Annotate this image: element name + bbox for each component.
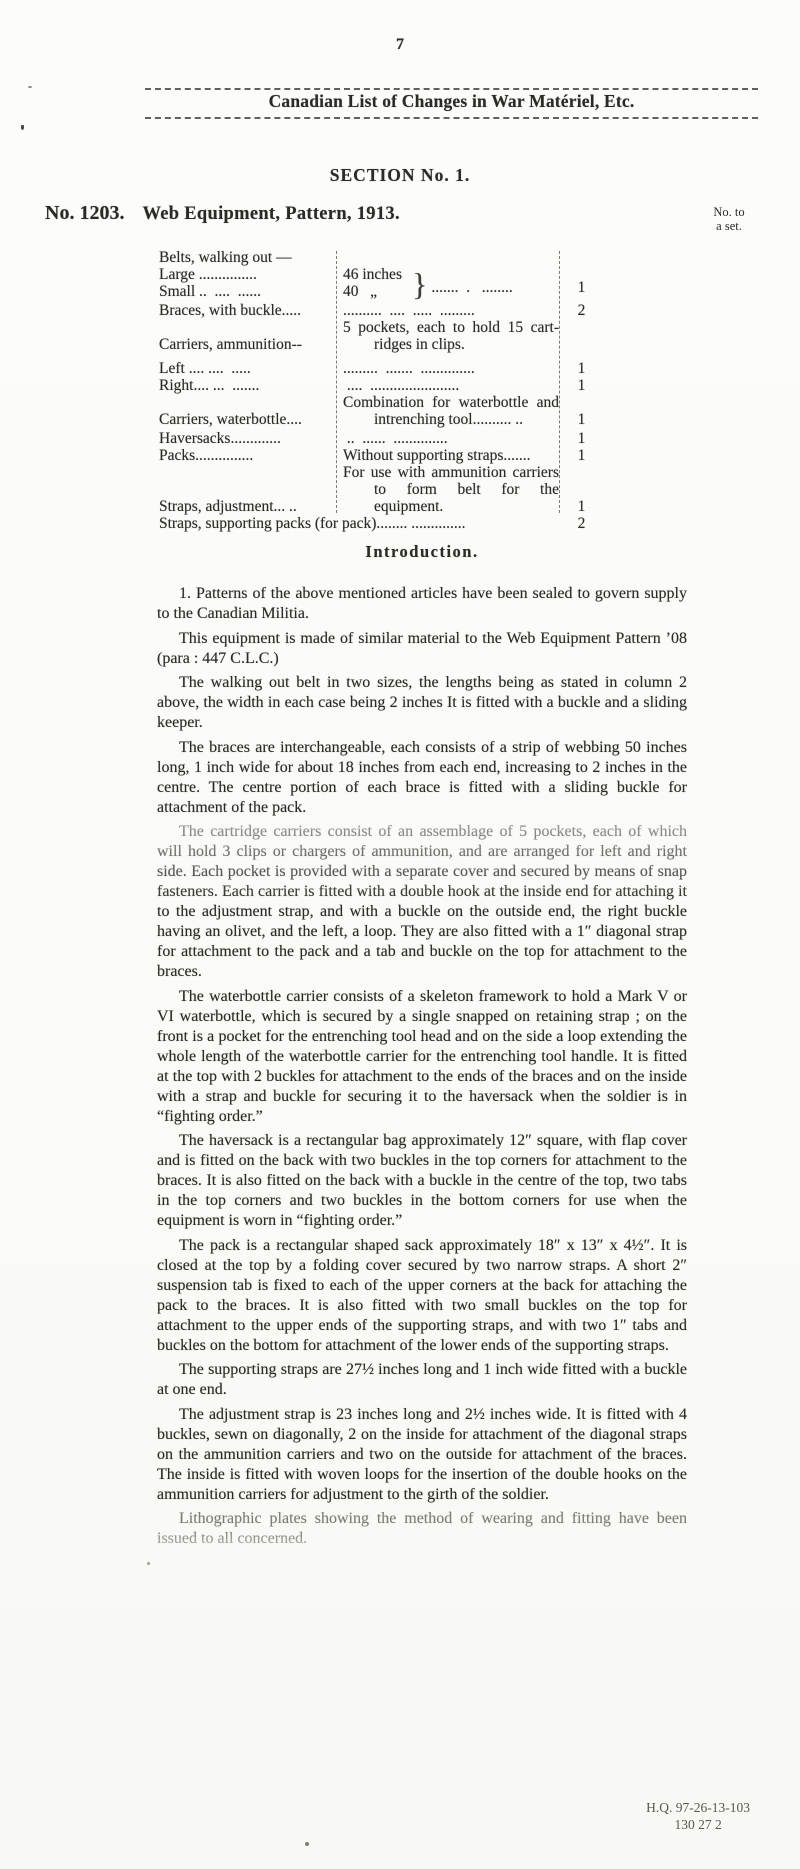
- scanned-document-page: 7 Canadian List of Changes in War Matéri…: [0, 0, 800, 1869]
- table-row: Left .... .... ..... ......... ....... .…: [157, 360, 604, 377]
- item-cell: Carriers, ammunition--: [157, 336, 336, 353]
- item-cell: Carriers, waterbottle....: [157, 411, 336, 428]
- item-cell: Belts, walking out —: [157, 249, 336, 266]
- intro-paragraph: The pack is a rectangular shaped sack ap…: [157, 1236, 687, 1356]
- intro-paragraph: This equipment is made of similar materi…: [157, 629, 687, 669]
- description-cell: ......... ....... ..............: [336, 360, 559, 377]
- item-cell: Straps, supporting packs (for pack).....…: [157, 515, 559, 532]
- document-title: Canadian List of Changes in War Matériel…: [145, 91, 758, 112]
- scan-speck: [21, 125, 24, 130]
- qty-header-line1: No. to: [713, 205, 744, 219]
- table-divider-left: [336, 251, 337, 513]
- scan-speck: [305, 1842, 309, 1846]
- item-cell: Large ............... Small .. .... ....…: [157, 266, 336, 302]
- description-cell: Combination for waterbottle and intrench…: [336, 394, 559, 428]
- belts-brace: }: [412, 266, 427, 302]
- intro-paragraph: The adjustment strap is 23 inches long a…: [157, 1405, 687, 1505]
- description-cell: .... .......................: [336, 377, 559, 394]
- table-row: Carriers, ammunition-- 5 pockets, each t…: [157, 319, 604, 353]
- intro-paragraph: The braces are interchangeable, each con…: [157, 738, 687, 818]
- leader-dots: ....... . ........: [427, 266, 559, 296]
- qty-cell: 1: [559, 498, 604, 515]
- intro-paragraph: The waterbottle carrier consists of a sk…: [157, 987, 687, 1127]
- header-rule-bottom: [145, 117, 758, 119]
- belt-small-size: 40 „: [343, 283, 412, 300]
- footer-reference: H.Q. 97-26-13-103 130 27 2: [646, 1799, 750, 1833]
- qty-cell: 1: [559, 360, 604, 377]
- description-cell: .. ...... ..............: [336, 430, 559, 447]
- item-cell: Left .... .... .....: [157, 360, 336, 377]
- belt-sizes-group: Large ............... Small .. .... ....…: [157, 266, 604, 302]
- item-number: No. 1203.: [45, 202, 124, 224]
- qty-header-line2: a set.: [716, 219, 742, 233]
- qty-cell: 1: [559, 273, 604, 296]
- equipment-table: Belts, walking out — Large .............…: [157, 249, 604, 532]
- description-cell: 5 pockets, each to hold 15 cart-ridges i…: [336, 319, 559, 353]
- intro-paragraph: 1. Patterns of the above mentioned artic…: [157, 584, 687, 624]
- item-title: Web Equipment, Pattern, 1913.: [142, 204, 399, 224]
- item-cell: Right.... ... .......: [157, 377, 336, 394]
- description-cell: .......... .... ..... .........: [336, 302, 559, 319]
- table-divider-right: [559, 251, 560, 513]
- intro-paragraph: The supporting straps are 27½ inches lon…: [157, 1360, 687, 1400]
- intro-paragraph: The haversack is a rectangular bag appro…: [157, 1131, 687, 1231]
- header-rule-top: [145, 88, 758, 90]
- qty-cell: 2: [559, 302, 604, 319]
- table-row: Right.... ... ....... .... .............…: [157, 377, 604, 394]
- qty-cell: 1: [559, 411, 604, 428]
- belt-large-item: Large ...............: [159, 266, 336, 283]
- page-number: 7: [12, 36, 788, 54]
- item-heading: No. 1203. Web Equipment, Pattern, 1913. …: [45, 202, 757, 225]
- table-row: Belts, walking out —: [157, 249, 604, 266]
- intro-heading: Introduction.: [157, 542, 687, 562]
- intro-paragraph: The walking out belt in two sizes, the l…: [157, 673, 687, 733]
- intro-body: 1. Patterns of the above mentioned artic…: [157, 584, 687, 1554]
- item-cell: Straps, adjustment... ..: [157, 498, 336, 515]
- intro-paragraph: The cartridge carriers consist of an ass…: [157, 822, 687, 982]
- item-cell: Haversacks.............: [157, 430, 336, 447]
- intro-paragraph: Lithographic plates showing the method o…: [157, 1509, 687, 1549]
- belt-small-item: Small .. .... ......: [159, 283, 336, 300]
- item-cell: Braces, with buckle.....: [157, 302, 336, 319]
- qty-cell: 1: [559, 377, 604, 394]
- table-row: Packs............... Without supporting …: [157, 447, 604, 464]
- qty-cell: 2: [559, 515, 604, 532]
- qty-column-header: No. to a set.: [701, 205, 757, 233]
- description-cell: Without supporting straps.......: [336, 447, 559, 464]
- qty-cell: 1: [559, 447, 604, 464]
- qty-cell: 1: [559, 430, 604, 447]
- description-cell: 46 inches 40 „: [336, 266, 412, 302]
- belt-large-size: 46 inches: [343, 266, 412, 283]
- scan-speck: [147, 1562, 150, 1565]
- scan-speck: [28, 86, 32, 88]
- table-row: Straps, adjustment... .. For use with am…: [157, 464, 604, 515]
- table-row: Braces, with buckle..... .......... ....…: [157, 302, 604, 319]
- table-row: Carriers, waterbottle.... Combination fo…: [157, 394, 604, 428]
- footer-reference-line1: H.Q. 97-26-13-103: [646, 1799, 750, 1816]
- footer-reference-line2: 130 27 2: [646, 1816, 750, 1833]
- description-cell: For use with ammunition carriers to form…: [336, 464, 559, 515]
- table-row: Haversacks............. .. ...... ......…: [157, 430, 604, 447]
- table-row: Straps, supporting packs (for pack).....…: [157, 515, 604, 532]
- item-cell: Packs...............: [157, 447, 336, 464]
- section-heading: SECTION No. 1.: [0, 165, 800, 186]
